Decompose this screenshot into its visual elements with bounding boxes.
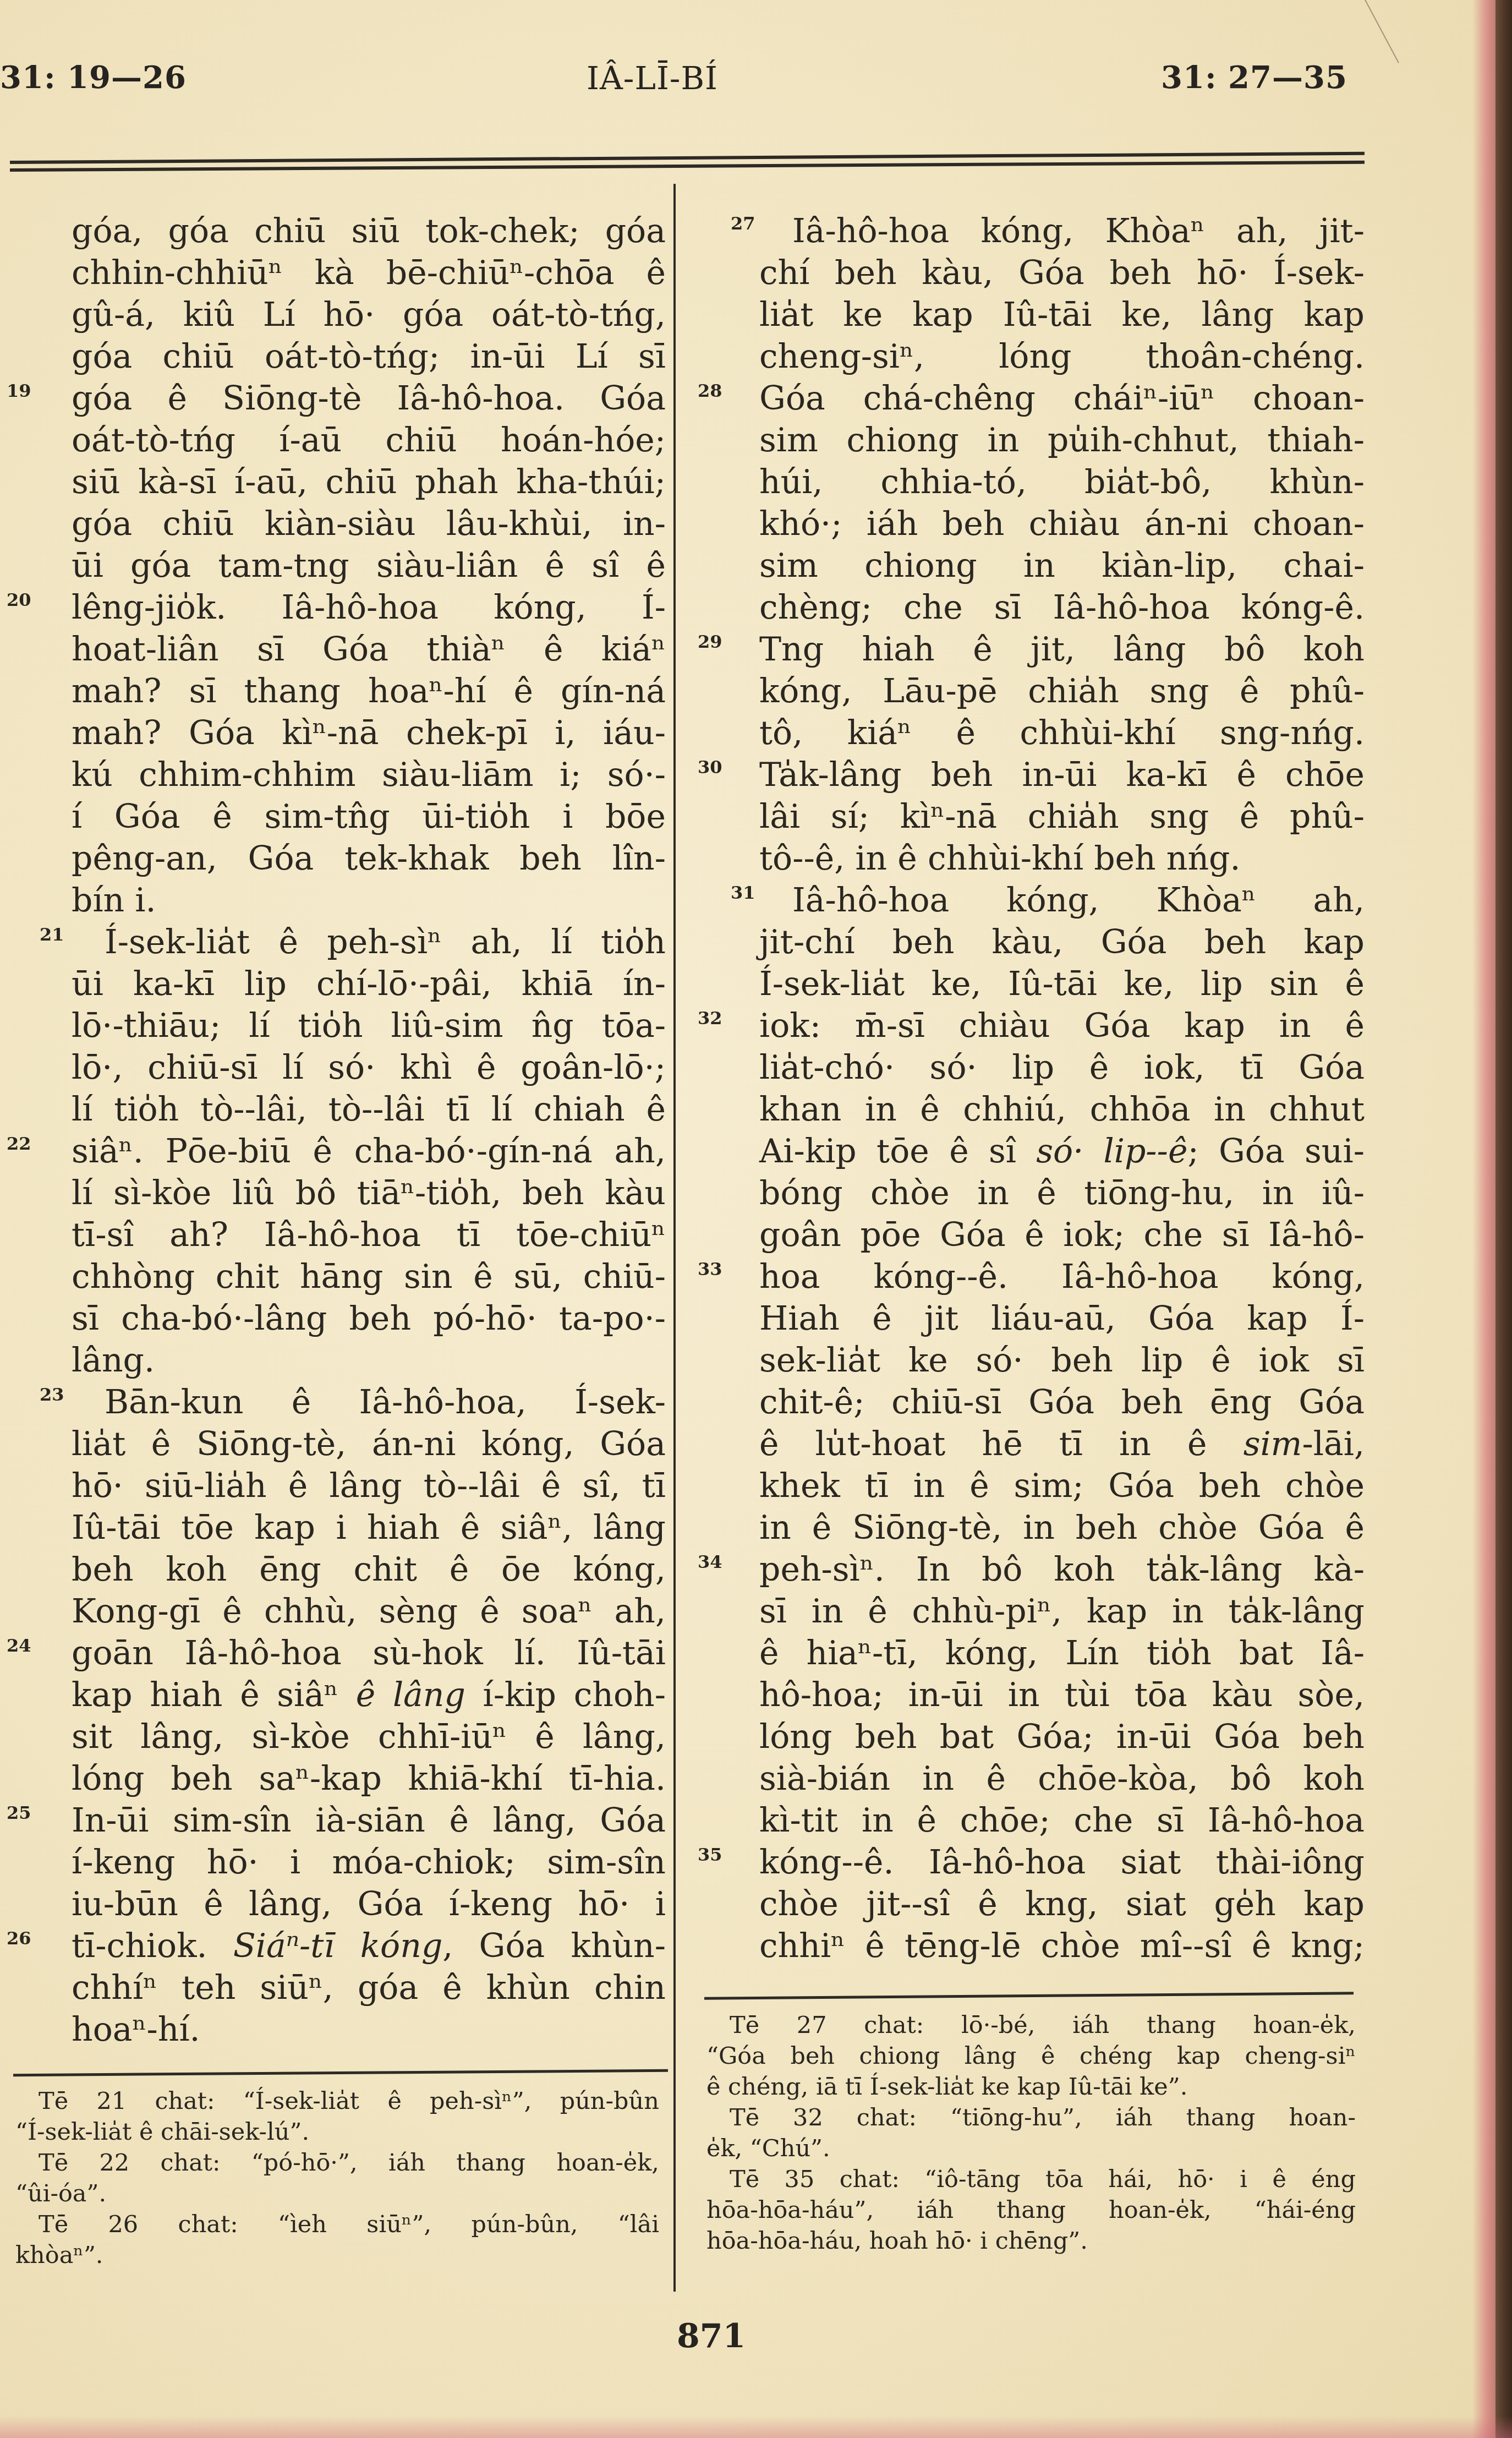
verse-text: ūi góa tam-tng siàu-liân ê sî ê — [72, 546, 666, 585]
verse-number: 29 — [698, 621, 722, 663]
text-line: 28Góa chá-chêng cháiⁿ-iūⁿ choan- — [682, 378, 1365, 419]
text-line: 30Ta̍k-lâng beh in-ūi ka-kī ê chōe — [682, 754, 1365, 796]
text-line: ê hiaⁿ-tī, kóng, Lín tio̍h bat Iâ- — [682, 1632, 1365, 1674]
footnote-line: hōa-hōa-háu, hoah hō· i chēng”. — [706, 2226, 1356, 2256]
text-line: siū kà-sī í-aū, chiū phah kha-thúi; — [0, 461, 666, 503]
verse-text: siū kà-sī í-aū, chiū phah kha-thúi; — [72, 463, 666, 501]
verse-text: Bān-kun ê Iâ-hô-hoa, Í-sek- — [105, 1383, 666, 1422]
text-line: ê lu̍t-hoat hē tī in ê sim-lāi, — [682, 1423, 1365, 1465]
text-line: í-keng hō· i móa-chiok; sim-sîn — [0, 1841, 666, 1883]
verse-number: 19 — [7, 370, 31, 412]
verse-text: siâⁿ. Pōe-biū ê cha-bó·-gín-ná ah, — [72, 1132, 666, 1171]
verse-text: pêng-an, Góa tek-khak beh lîn- — [72, 839, 666, 878]
text-line: tī-sî ah? Iâ-hô-hoa tī tōe-chiūⁿ — [0, 1214, 666, 1256]
verse-number: 33 — [698, 1248, 722, 1290]
verse-text: chhiⁿ ê tēng-lē chòe mî--sî ê kng; — [759, 1927, 1365, 1965]
text-line: khan in ê chhiú, chhōa in chhut — [682, 1089, 1365, 1130]
text-line: 21Í-sek-lia̍t ê peh-sìⁿ ah, lí tio̍h — [0, 921, 666, 963]
text-line: góa, góa chiū siū tok-chek; góa — [0, 210, 666, 252]
text-line: sī in ê chhù-piⁿ, kap in ta̍k-lâng — [682, 1590, 1365, 1632]
verse-number: 24 — [7, 1625, 31, 1666]
verse-text: hō· siū-lia̍h ê lâng tò--lâi ê sî, tī — [72, 1467, 666, 1505]
text-line: tô--ê, in ê chhùi-khí beh nńg. — [682, 838, 1365, 879]
footnote-line: Tē 22 chat: “pó-hō·”, iáh thang hoan-e̍k… — [15, 2147, 659, 2178]
footnote-line: Tē 21 chat: “Í-sek-lia̍t ê peh-sìⁿ”, pún… — [15, 2086, 659, 2117]
book-binding-edge — [1495, 0, 1512, 2438]
verse-text: sim chiong in pu̍ih-chhut, thiah- — [759, 421, 1365, 460]
text-line: 19góa ê Siōng-tè Iâ-hô-hoa. Góa — [0, 378, 666, 419]
text-line: in ê Siōng-tè, in beh chòe Góa ê — [682, 1507, 1365, 1549]
verse-text: mah? Góa kìⁿ-nā chek-pī i, iáu- — [72, 714, 666, 752]
text-line: sī cha-bó·-lâng beh pó-hō· ta-po·- — [0, 1298, 666, 1340]
verse-text: tī-chiok. Siáⁿ-tī kóng, Góa khùn- — [72, 1927, 666, 1965]
verse-text: lí sì-kòe liû bô tiāⁿ-tio̍h, beh kàu — [72, 1174, 666, 1212]
text-line: góa chiū kiàn-siàu lâu-khùi, in- — [0, 503, 666, 545]
footnote-line: e̍k, “Chú”. — [706, 2133, 1356, 2164]
verse-text: sià-bián in ê chōe-kòa, bô koh — [759, 1759, 1365, 1798]
verse-text: kóng, Lāu-pē chia̍h sng ê phû- — [759, 672, 1365, 710]
text-line: 34peh-sìⁿ. In bô koh ta̍k-lâng kà- — [682, 1549, 1365, 1590]
text-line: lí tio̍h tò--lâi, tò--lâi tī lí chiah ê — [0, 1089, 666, 1130]
verse-text: chit-ê; chiū-sī Góa beh ēng Góa — [759, 1383, 1365, 1422]
footnote-line: Tē 27 chat: lō·-bé, iáh thang hoan-e̍k, — [706, 2010, 1356, 2041]
text-line: lí sì-kòe liû bô tiāⁿ-tio̍h, beh kàu — [0, 1172, 666, 1214]
verse-text: goân pōe Góa ê iok; che sī Iâ-hô- — [759, 1216, 1365, 1254]
verse-text: Ta̍k-lâng beh in-ūi ka-kī ê chōe — [759, 756, 1365, 794]
footnote-line: khòaⁿ”. — [15, 2240, 659, 2271]
verse-text: mah? sī thang hoaⁿ-hí ê gín-ná — [72, 672, 666, 710]
verse-text: tô--ê, in ê chhùi-khí beh nńg. — [759, 839, 1241, 878]
verse-text: lia̍t ê Siōng-tè, án-ni kóng, Góa — [72, 1425, 666, 1463]
left-text-column: góa, góa chiū siū tok-chek; góachhin-chh… — [0, 210, 666, 2051]
text-line: 33hoa kóng--ê. Iâ-hô-hoa kóng, — [682, 1256, 1365, 1298]
text-line: tô, kiáⁿ ê chhùi-khí sng-nńg. — [682, 712, 1365, 754]
verse-number: 28 — [698, 370, 722, 412]
text-line: khek tī in ê sim; Góa beh chòe — [682, 1465, 1365, 1507]
verse-text: goān Iâ-hô-hoa sù-hok lí. Iû-tāi — [72, 1634, 666, 1672]
text-line: hō· siū-lia̍h ê lâng tò--lâi ê sî, tī — [0, 1465, 666, 1507]
text-line: lō·-thiāu; lí tio̍h liû-sim n̂g tōa- — [0, 1005, 666, 1047]
text-line: cheng-siⁿ, lóng thoân-chéng. — [682, 336, 1365, 378]
verse-text: kì-tit in ê chōe; che sī Iâ-hô-hoa — [759, 1801, 1365, 1840]
verse-text: ê lu̍t-hoat hē tī in ê sim-lāi, — [759, 1425, 1365, 1463]
right-text-column: 27Iâ-hô-hoa kóng, Khòaⁿ ah, jit-chí beh … — [682, 210, 1370, 1967]
text-line: lia̍t-chó· só· lip ê iok, tī Góa — [682, 1047, 1365, 1089]
verse-text: lóng beh saⁿ-kap khiā-khí tī-hia. — [72, 1759, 666, 1798]
verse-text: cheng-siⁿ, lóng thoân-chéng. — [759, 337, 1365, 376]
verse-text: bín i. — [72, 881, 156, 920]
text-line: oát-tò-tńg í-aū chiū hoán-hóe; — [0, 419, 666, 461]
verse-text: Hiah ê jit liáu-aū, Góa kap Í- — [759, 1299, 1365, 1338]
verse-text: Ai-kip tōe ê sî só· lip--ê; Góa sui- — [759, 1132, 1365, 1171]
verse-text: chhin-chhiūⁿ kà bē-chiūⁿ-chōa ê — [72, 254, 666, 292]
text-line: mah? Góa kìⁿ-nā chek-pī i, iáu- — [0, 712, 666, 754]
verse-text: jit-chí beh kàu, Góa beh kap — [759, 923, 1365, 961]
verse-text: Í-sek-lia̍t ê peh-sìⁿ ah, lí tio̍h — [105, 923, 666, 961]
text-line: 20lêng-jio̍k. Iâ-hô-hoa kóng, Í- — [0, 587, 666, 628]
text-line: Iû-tāi tōe kap i hiah ê siâⁿ, lâng — [0, 1507, 666, 1549]
text-line: chhin-chhiūⁿ kà bē-chiūⁿ-chōa ê — [0, 252, 666, 294]
footnote-line: Tē 26 chat: “ìeh siūⁿ”, pún-bûn, “lâi — [15, 2209, 659, 2240]
verse-text: húi, chhia-tó, bia̍t-bô, khùn- — [759, 463, 1365, 501]
verse-text: chèng; che sī Iâ-hô-hoa kóng-ê. — [759, 588, 1365, 627]
verse-text: lia̍t-chó· só· lip ê iok, tī Góa — [759, 1048, 1365, 1087]
text-line: lia̍t ke kap Iû-tāi ke, lâng kap — [682, 294, 1365, 336]
text-line: í Góa ê sim-tn̂g ūi-tio̍h i bōe — [0, 796, 666, 838]
footnote-line: ê chéng, iā tī Í-sek-lia̍t ke kap Iû-tāi… — [706, 2071, 1356, 2102]
verse-number: 27 — [698, 203, 755, 244]
verse-text: kap hiah ê siâⁿ ê lâng í-kip choh- — [72, 1676, 666, 1714]
verse-text: khek tī in ê sim; Góa beh chòe — [759, 1467, 1365, 1505]
text-line: chí beh kàu, Góa beh hō· Í-sek- — [682, 252, 1365, 294]
verse-text: Tng hiah ê jit, lâng bô koh — [759, 630, 1365, 669]
verse-number: 34 — [698, 1541, 722, 1583]
text-line: 35kóng--ê. Iâ-hô-hoa siat thài-iông — [682, 1841, 1365, 1883]
verse-number: 35 — [698, 1834, 722, 1876]
verse-text: lō·, chiū-sī lí só· khì ê goân-lō·; — [72, 1048, 666, 1087]
running-head-left-range: 31: 19—26 — [0, 59, 187, 96]
text-line: sim chiong in pu̍ih-chhut, thiah- — [682, 419, 1365, 461]
verse-text: í-keng hō· i móa-chiok; sim-sîn — [72, 1843, 666, 1882]
footnote-line: hōa-hōa-háu”, iáh thang hoan-e̍k, “hái-é… — [706, 2195, 1356, 2226]
verse-number: 31 — [698, 872, 755, 914]
text-line: mah? sī thang hoaⁿ-hí ê gín-ná — [0, 670, 666, 712]
text-line: 27Iâ-hô-hoa kóng, Khòaⁿ ah, jit- — [682, 210, 1365, 252]
verse-text: In-ūi sim-sîn ià-siān ê lâng, Góa — [72, 1801, 666, 1840]
verse-text: góa chiū oát-tò-tńg; in-ūi Lí sī — [72, 337, 666, 376]
text-line: hô-hoa; in-ūi in tùi tōa kàu sòe, — [682, 1674, 1365, 1716]
text-line: chhíⁿ teh siūⁿ, góa ê khùn chin — [0, 1967, 666, 2009]
verse-text: iok: m̄-sī chiàu Góa kap in ê — [759, 1007, 1365, 1045]
verse-text: beh koh ēng chit ê ōe kóng, — [72, 1550, 666, 1589]
footnote-rule-left — [13, 2069, 668, 2076]
verse-text: lóng beh bat Góa; in-ūi Góa beh — [759, 1718, 1365, 1756]
verse-text: hoa kóng--ê. Iâ-hô-hoa kóng, — [759, 1258, 1365, 1296]
text-line: Hiah ê jit liáu-aū, Góa kap Í- — [682, 1298, 1365, 1340]
verse-number: 26 — [7, 1917, 31, 1959]
verse-text: chhòng chit hāng sin ê sū, chiū- — [72, 1258, 666, 1296]
text-line: sim chiong in kiàn-lip, chai- — [682, 545, 1365, 587]
text-line: chit-ê; chiū-sī Góa beh ēng Góa — [682, 1381, 1365, 1423]
verse-text: Iâ-hô-hoa kóng, Khòaⁿ ah, jit- — [792, 212, 1365, 250]
verse-text: tī-sî ah? Iâ-hô-hoa tī tōe-chiūⁿ — [72, 1216, 666, 1254]
verse-text: hoat-liân sī Góa thiàⁿ ê kiáⁿ — [72, 630, 666, 669]
footnote-line: “Góa beh chiong lâng ê chéng kap cheng-s… — [706, 2041, 1356, 2071]
text-line: gû-á, kiû Lí hō· góa oát-tò-tńg, — [0, 294, 666, 336]
text-line: 23Bān-kun ê Iâ-hô-hoa, Í-sek- — [0, 1381, 666, 1423]
corner-fold-crease — [1365, 0, 1399, 63]
text-line: kì-tit in ê chōe; che sī Iâ-hô-hoa — [682, 1800, 1365, 1841]
verse-number: 30 — [698, 746, 722, 788]
text-line: chèng; che sī Iâ-hô-hoa kóng-ê. — [682, 587, 1365, 628]
text-line: beh koh ēng chit ê ōe kóng, — [0, 1549, 666, 1590]
footnotes-left: Tē 21 chat: “Í-sek-lia̍t ê peh-sìⁿ”, pún… — [15, 2086, 659, 2271]
verse-text: kú chhim-chhim siàu-liām i; só·- — [72, 756, 666, 794]
text-line: hoaⁿ-hí. — [0, 2009, 666, 2051]
text-line: Ai-kip tōe ê sî só· lip--ê; Góa sui- — [682, 1130, 1365, 1172]
verse-text: in ê Siōng-tè, in beh chòe Góa ê — [759, 1508, 1365, 1547]
verse-text: lō·-thiāu; lí tio̍h liû-sim n̂g tōa- — [72, 1007, 666, 1045]
text-line: lâi sí; kìⁿ-nā chia̍h sng ê phû- — [682, 796, 1365, 838]
text-line: lia̍t ê Siōng-tè, án-ni kóng, Góa — [0, 1423, 666, 1465]
text-line: sià-bián in ê chōe-kòa, bô koh — [682, 1758, 1365, 1800]
text-line: hoat-liân sī Góa thiàⁿ ê kiáⁿ — [0, 628, 666, 670]
bottom-edge-stain — [0, 2416, 1512, 2438]
verse-text: kóng--ê. Iâ-hô-hoa siat thài-iông — [759, 1843, 1365, 1882]
text-line: jit-chí beh kàu, Góa beh kap — [682, 921, 1365, 963]
verse-text: chhíⁿ teh siūⁿ, góa ê khùn chin — [72, 1969, 666, 2007]
text-line: ūi ka-kī lip chí-lō·-pâi, khiā ín- — [0, 963, 666, 1005]
verse-number: 20 — [7, 579, 31, 621]
text-line: 26tī-chiok. Siáⁿ-tī kóng, Góa khùn- — [0, 1925, 666, 1967]
text-line: kap hiah ê siâⁿ ê lâng í-kip choh- — [0, 1674, 666, 1716]
text-line: sek-lia̍t ke só· beh lip ê iok sī — [682, 1340, 1365, 1381]
text-line: kóng, Lāu-pē chia̍h sng ê phû- — [682, 670, 1365, 712]
verse-text: chòe jit--sî ê kng, siat ge̍h kap — [759, 1885, 1365, 1923]
footnote-line: Tē 35 chat: “iô-tāng tōa hái, hō· i ê én… — [706, 2164, 1356, 2195]
verse-text: gû-á, kiû Lí hō· góa oát-tò-tńg, — [72, 296, 666, 334]
verse-text: hoaⁿ-hí. — [72, 2010, 200, 2049]
text-line: 25In-ūi sim-sîn ià-siān ê lâng, Góa — [0, 1800, 666, 1841]
verse-text: sit lâng, sì-kòe chhī-iūⁿ ê lâng, — [72, 1718, 666, 1756]
text-line: goân pōe Góa ê iok; che sī Iâ-hô- — [682, 1214, 1365, 1256]
text-line: bóng chòe in ê tiōng-hu, in iû- — [682, 1172, 1365, 1214]
text-line: khó·; iáh beh chiàu án-ni choan- — [682, 503, 1365, 545]
text-line: 24goān Iâ-hô-hoa sù-hok lí. Iû-tāi — [0, 1632, 666, 1674]
text-line: 22siâⁿ. Pōe-biū ê cha-bó·-gín-ná ah, — [0, 1130, 666, 1172]
verse-number: 25 — [7, 1792, 31, 1834]
text-line: sit lâng, sì-kòe chhī-iūⁿ ê lâng, — [0, 1716, 666, 1758]
verse-number: 23 — [7, 1374, 64, 1415]
verse-text: ê hiaⁿ-tī, kóng, Lín tio̍h bat Iâ- — [759, 1634, 1365, 1672]
verse-text: Iû-tāi tōe kap i hiah ê siâⁿ, lâng — [72, 1508, 666, 1547]
text-line: chòe jit--sî ê kng, siat ge̍h kap — [682, 1883, 1365, 1925]
verse-text: khan in ê chhiú, chhōa in chhut — [759, 1090, 1365, 1129]
verse-text: góa ê Siōng-tè Iâ-hô-hoa. Góa — [72, 379, 666, 418]
verse-text: lâi sí; kìⁿ-nā chia̍h sng ê phû- — [759, 797, 1365, 836]
text-line: lâng. — [0, 1340, 666, 1381]
verse-text: lâng. — [72, 1341, 155, 1380]
verse-text: Í-sek-lia̍t ke, Iû-tāi ke, lip sin ê — [759, 965, 1365, 1003]
verse-text: peh-sìⁿ. In bô koh ta̍k-lâng kà- — [759, 1550, 1365, 1589]
verse-text: bóng chòe in ê tiōng-hu, in iû- — [759, 1174, 1365, 1212]
text-line: 29Tng hiah ê jit, lâng bô koh — [682, 628, 1365, 670]
verse-text: góa chiū kiàn-siàu lâu-khùi, in- — [72, 505, 666, 543]
verse-text: khó·; iáh beh chiàu án-ni choan- — [759, 505, 1365, 543]
verse-text: lí tio̍h tò--lâi, tò--lâi tī lí chiah ê — [72, 1090, 666, 1129]
text-line: chhiⁿ ê tēng-lē chòe mî--sî ê kng; — [682, 1925, 1365, 1967]
verse-text: chí beh kàu, Góa beh hō· Í-sek- — [759, 254, 1365, 292]
text-line: chhòng chit hāng sin ê sū, chiū- — [0, 1256, 666, 1298]
text-line: 31Iâ-hô-hoa kóng, Khòaⁿ ah, — [682, 879, 1365, 921]
text-line: húi, chhia-tó, bia̍t-bô, khùn- — [682, 461, 1365, 503]
verse-text: Kong-gī ê chhù, sèng ê soaⁿ ah, — [72, 1592, 666, 1631]
verse-number: 22 — [7, 1123, 31, 1165]
text-line: góa chiū oát-tò-tńg; in-ūi Lí sī — [0, 336, 666, 378]
footnote-line: Tē 32 chat: “tiōng-hu”, iáh thang hoan- — [706, 2102, 1356, 2133]
text-line: iu-būn ê lâng, Góa í-keng hō· i — [0, 1883, 666, 1925]
verse-text: í Góa ê sim-tn̂g ūi-tio̍h i bōe — [72, 797, 666, 836]
footnote-rule-right — [704, 1992, 1354, 1999]
text-line: lóng beh saⁿ-kap khiā-khí tī-hia. — [0, 1758, 666, 1800]
verse-text: lia̍t ke kap Iû-tāi ke, lâng kap — [759, 296, 1365, 334]
verse-text: oát-tò-tńg í-aū chiū hoán-hóe; — [72, 421, 666, 460]
verse-number: 21 — [7, 914, 64, 955]
running-head-right-range: 31: 27—35 — [1161, 59, 1347, 96]
footnotes-right: Tē 27 chat: lō·-bé, iáh thang hoan-e̍k,“… — [706, 2010, 1356, 2256]
verse-text: Iâ-hô-hoa kóng, Khòaⁿ ah, — [792, 881, 1365, 920]
bible-page: 31: 19—26 IÂ-LĪ-BÍ 31: 27—35 góa, góa ch… — [0, 0, 1512, 2438]
column-divider — [673, 184, 676, 2292]
verse-text: lêng-jio̍k. Iâ-hô-hoa kóng, Í- — [72, 588, 666, 627]
text-line: kú chhim-chhim siàu-liām i; só·- — [0, 754, 666, 796]
verse-text: iu-būn ê lâng, Góa í-keng hō· i — [72, 1885, 666, 1923]
verse-text: sī cha-bó·-lâng beh pó-hō· ta-po·- — [72, 1299, 666, 1338]
text-line: ūi góa tam-tng siàu-liân ê sî ê — [0, 545, 666, 587]
text-line: pêng-an, Góa tek-khak beh lîn- — [0, 838, 666, 879]
verse-text: sek-lia̍t ke só· beh lip ê iok sī — [759, 1341, 1365, 1380]
verse-number: 32 — [698, 997, 722, 1039]
verse-text: Góa chá-chêng cháiⁿ-iūⁿ choan- — [759, 379, 1365, 418]
text-line: 32iok: m̄-sī chiàu Góa kap in ê — [682, 1005, 1365, 1047]
verse-text: góa, góa chiū siū tok-chek; góa — [72, 212, 666, 250]
text-line: Í-sek-lia̍t ke, Iû-tāi ke, lip sin ê — [682, 963, 1365, 1005]
verse-text: tô, kiáⁿ ê chhùi-khí sng-nńg. — [759, 714, 1365, 752]
running-head-book-title: IÂ-LĪ-BÍ — [587, 59, 718, 97]
text-line: bín i. — [0, 879, 666, 921]
verse-text: ūi ka-kī lip chí-lō·-pâi, khiā ín- — [72, 965, 666, 1003]
text-line: lóng beh bat Góa; in-ūi Góa beh — [682, 1716, 1365, 1758]
text-line: Kong-gī ê chhù, sèng ê soaⁿ ah, — [0, 1590, 666, 1632]
page-number: 871 — [677, 2317, 746, 2355]
verse-text: sim chiong in kiàn-lip, chai- — [759, 546, 1365, 585]
footnote-line: “ûi-óa”. — [15, 2178, 659, 2209]
page-edge-stain — [1472, 0, 1497, 2438]
verse-text: hô-hoa; in-ūi in tùi tōa kàu sòe, — [759, 1676, 1365, 1714]
verse-text: sī in ê chhù-piⁿ, kap in ta̍k-lâng — [759, 1592, 1365, 1631]
text-line: lō·, chiū-sī lí só· khì ê goân-lō·; — [0, 1047, 666, 1089]
footnote-line: “Í-sek-lia̍t ê chāi-sek-lú”. — [15, 2117, 659, 2147]
